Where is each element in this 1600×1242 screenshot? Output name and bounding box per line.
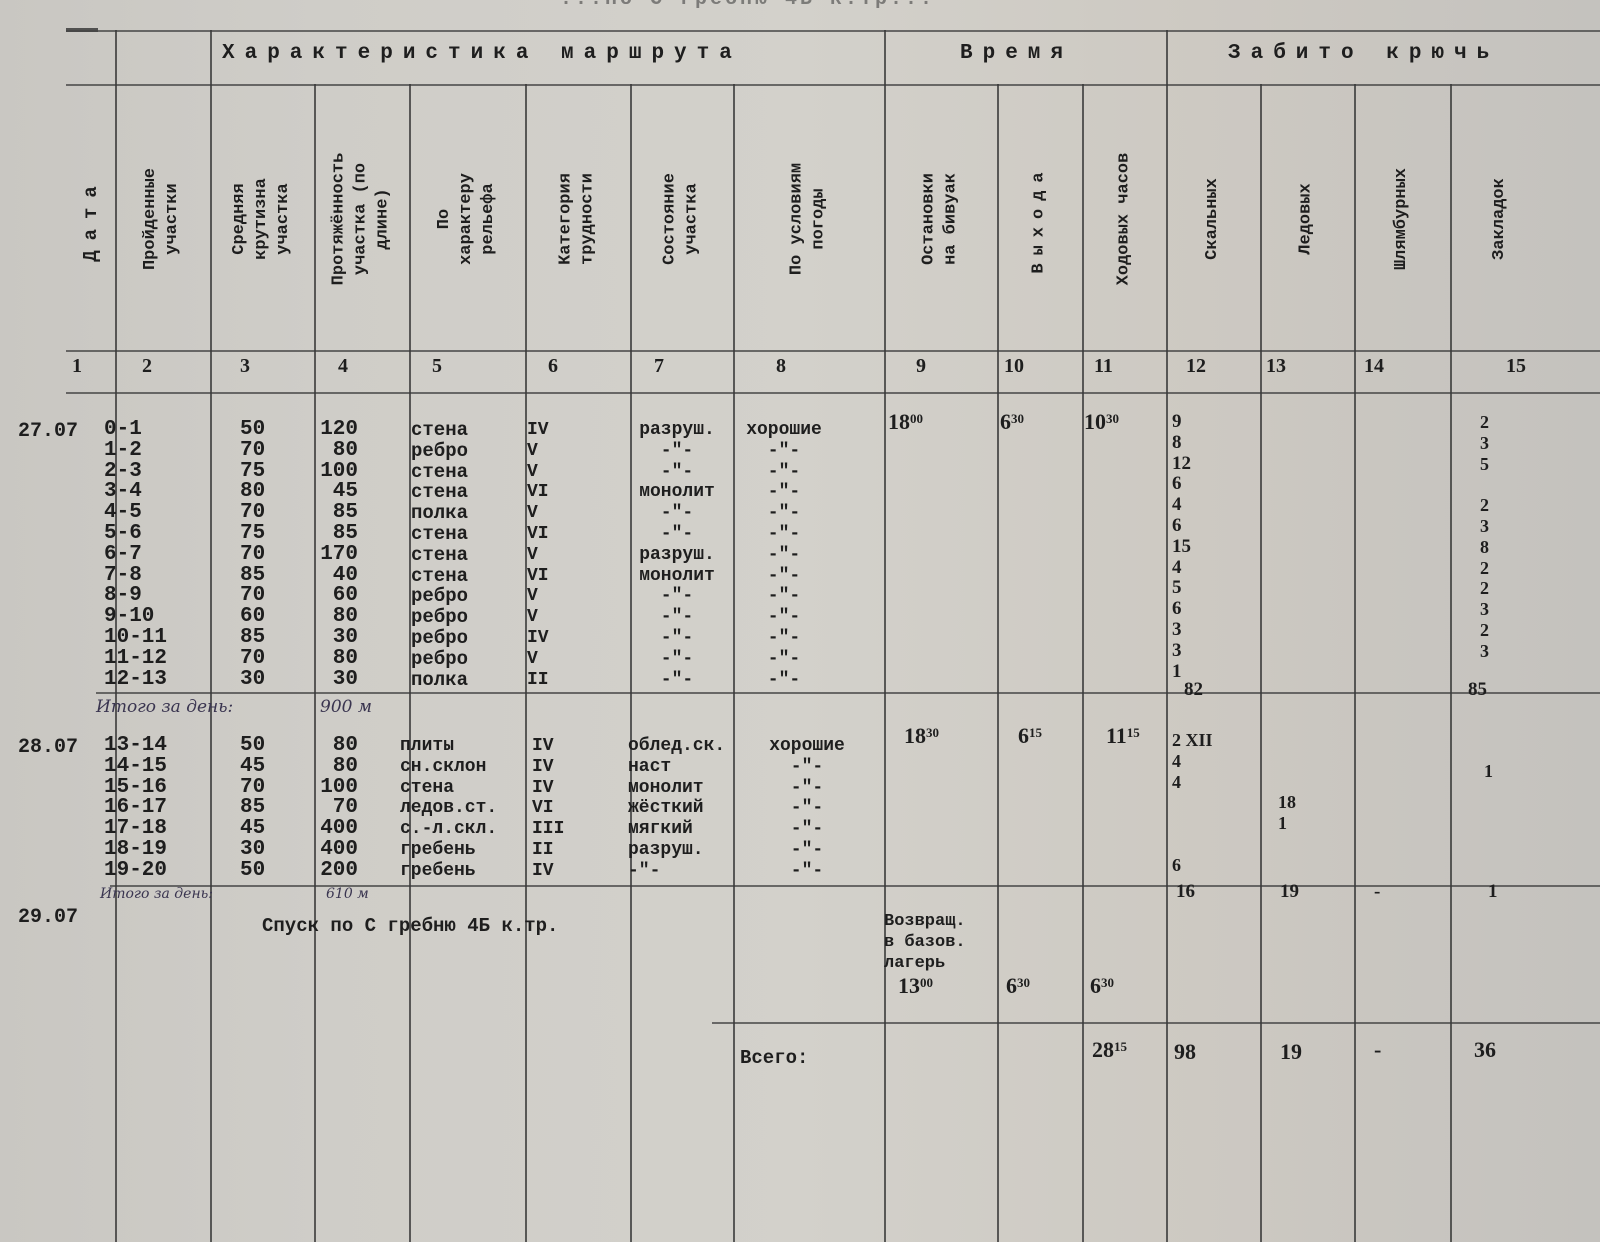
day2-hours: 1115 [1106,726,1140,747]
col-number: 11 [1094,355,1113,378]
day1-relief: стена ребро стена стена полка стена стен… [411,420,468,690]
col-header-segments: Пройденные участки [115,88,210,350]
col-number: 8 [776,355,786,378]
col-header-bolt: Шлямбурных [1354,88,1450,350]
day2-steepness: 50 45 70 85 45 30 50 [240,736,265,882]
rule-header-bottom [66,350,1600,352]
group-header-pitons: Забито крючь [1228,42,1499,65]
day1-length: 120 80 100 45 85 85 170 40 60 80 30 80 3… [316,420,358,690]
group-header-route: Характеристика маршрута [222,42,742,65]
day2-chocks: 1 [1484,740,1493,865]
rule-colnum-bottom [66,392,1600,394]
col-header-weather: По условиям погоды [733,88,884,350]
col-header-steepness: Средняя крутизна участка [210,88,314,350]
day1-total-length: 900 м [320,697,372,717]
grand-total-bolt: - [1374,1040,1381,1061]
day1-steepness: 50 70 75 80 70 75 70 85 70 60 85 70 30 [240,420,265,690]
col-header-ice: Ледовых [1260,88,1354,350]
day3-bivouac-time: 1300 [898,976,933,997]
col-header-bivouac: Остановки на бивуак [884,88,997,350]
top-cut-text: ...по С гребню 4Б к.тр... [560,0,935,11]
day2-length: 80 80 100 70 400 400 200 [316,736,358,882]
day2-total-label: Итого за день: [100,886,213,902]
day1-bivouac-time: 1800 [888,412,923,433]
grand-total-chocks: 36 [1474,1040,1496,1061]
col-header-condition: Состояние участка [630,88,733,350]
day2-start-time: 615 [1018,726,1042,747]
day2-sum-bolt: - [1374,882,1380,903]
col-header-start: Выхода [997,88,1082,350]
col-header-length: Протяжённость участка (по длине) [314,88,409,350]
grand-total-hours: 2815 [1092,1040,1127,1061]
day2-total-length: 610 м [326,886,369,902]
day3-bivouac-note: Возвращ. в базов. лагерь [884,912,966,974]
day1-hours: 1030 [1084,412,1119,433]
rule-top [66,30,1600,32]
day1-condition: разруш. -"- -"- монолит -"- -"- разруш. … [612,420,742,690]
date-day3: 29.07 [18,906,78,929]
route-log-table-page: ...по С гребню 4Б к.тр... Характеристика… [0,0,1600,1242]
day2-sum-rock: 16 [1176,882,1195,903]
col-number: 1 [72,355,82,378]
day2-weather: хорошие -"- -"- -"- -"- -"- -"- [762,736,852,882]
col-number: 7 [654,355,664,378]
day1-weather: хорошие -"- -"- -"- -"- -"- -"- -"- -"- … [734,420,834,690]
col-number: 12 [1186,355,1206,378]
col-header-category: Категория трудности [525,88,630,350]
day3-start-time: 630 [1006,976,1030,997]
day2-sum-chocks: 1 [1488,882,1498,903]
col-number: 4 [338,355,348,378]
grand-total-ice: 19 [1280,1042,1302,1063]
day1-segments: 0-1 1-2 2-3 3-4 4-5 5-6 6-7 7-8 8-9 9-10… [104,420,167,690]
col-header-rock: Скальных [1166,88,1260,350]
day1-sum-chocks: 85 [1468,680,1487,701]
day1-chocks: 2 3 5 2 3 8 2 2 3 2 3 [1480,412,1489,662]
day2-rock-pitons: 2 XII 4 4 6 [1172,730,1213,876]
day2-sum-ice: 19 [1280,882,1299,903]
date-day1: 27.07 [18,420,78,443]
col-number: 13 [1266,355,1286,378]
day1-sum-rock: 82 [1184,680,1203,701]
col-header-relief: По характеру рельефа [409,88,525,350]
rule-total-top [712,1022,1600,1024]
day3-hours: 630 [1090,976,1114,997]
col-number: 9 [916,355,926,378]
day2-ice-pitons: 18 1 [1278,730,1296,855]
date-day2: 28.07 [18,736,78,759]
grand-total-rock: 98 [1174,1042,1196,1063]
col-number: 15 [1506,355,1526,378]
group-header-time: Время [960,42,1073,65]
col-number: 3 [240,355,250,378]
col-number: 5 [432,355,442,378]
day1-start-time: 630 [1000,412,1024,433]
col-header-date: Дата [66,88,115,350]
day2-condition: облед.ск. наст монолит жёсткий мягкий ра… [628,736,725,882]
day1-category: IV V V VI V VI V VI V V IV V II [527,420,549,690]
col-header-chocks: Закладок [1450,88,1550,350]
day3-descent-note: Спуск по С гребню 4Б к.тр. [262,916,558,937]
grand-total-label: Всего: [740,1048,808,1069]
col-number: 14 [1364,355,1384,378]
col-number: 6 [548,355,558,378]
day1-rock-pitons: 9 8 12 6 4 6 15 4 5 6 3 3 1 [1172,412,1191,682]
day2-category: IV IV IV VI III II IV [532,736,564,882]
day2-segments: 13-14 14-15 15-16 16-17 17-18 18-19 19-2… [104,736,167,882]
day1-total-label: Итого за день: [96,697,233,717]
rule-top-mark [66,28,98,32]
rule-day1-bottom [96,692,1600,694]
col-number: 2 [142,355,152,378]
col-header-hours: Ходовых часов [1082,88,1166,350]
day2-bivouac-time: 1830 [904,726,939,747]
day2-relief: плиты сн.склон стена ледов.ст. с.-л.скл.… [400,736,497,882]
col-number: 10 [1004,355,1024,378]
rule-group-head [66,84,1600,86]
